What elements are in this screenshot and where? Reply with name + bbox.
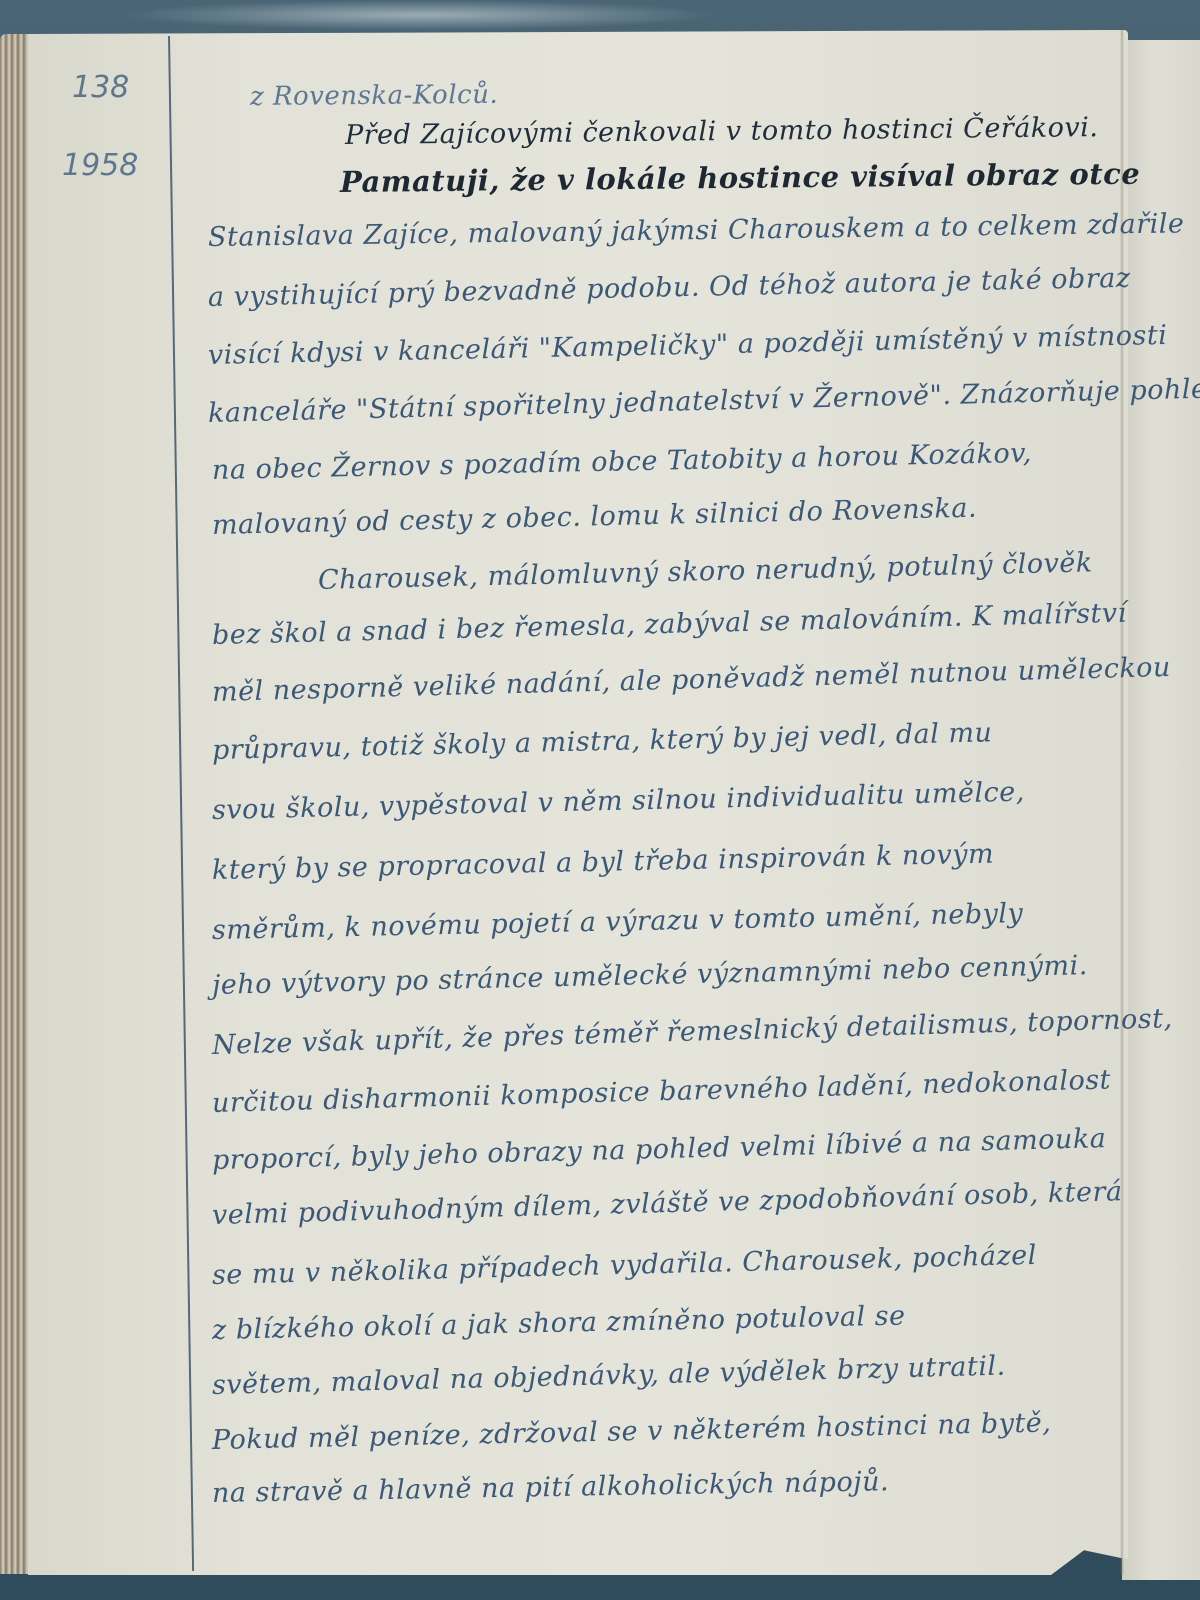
text-line: Pokud měl peníze, zdržoval se v některém… <box>212 1407 1052 1456</box>
handwritten-text: z Rovenska-Kolců. Před Zajícovými čenkov… <box>0 0 1200 1600</box>
text-line: z blízkého okolí a jak shora zmíněno pot… <box>212 1300 906 1346</box>
text-line: visící kdysi v kanceláři "Kampeličky" a … <box>208 320 1168 371</box>
text-line: na stravě a hlavně na pití alkoholických… <box>212 1466 890 1509</box>
section-heading: z Rovenska-Kolců. <box>250 80 498 112</box>
text-line: měl nesporně veliké nadání, ale poněvadž… <box>212 652 1172 708</box>
text-line: kanceláře "Státní spořitelny jednatelstv… <box>208 373 1200 429</box>
text-line: Nelze však upřít, že přes téměř řemeslni… <box>212 1003 1173 1061</box>
text-line: Před Zajícovými čenkovali v tomto hostin… <box>345 112 1099 151</box>
text-line: velmi podivuhodným dílem, zvláště ve zpo… <box>212 1176 1123 1231</box>
text-line: proporcí, byly jeho obrazy na pohled vel… <box>212 1123 1107 1176</box>
text-line: bez škol a snad i bez řemesla, zabýval s… <box>212 598 1127 651</box>
text-line: jeho výtvory po stránce umělecké významn… <box>212 950 1088 1001</box>
text-line: světem, maloval na objednávky, ale výděl… <box>212 1351 1006 1401</box>
text-line: který by se propracoval a byl třeba insp… <box>212 839 995 886</box>
text-line: se mu v několika případech vydařila. Cha… <box>212 1240 1038 1291</box>
text-line: malovaný od cesty z obec. lomu k silnici… <box>212 493 978 541</box>
text-line: svou školu, vypěstoval v něm silnou indi… <box>212 777 1025 826</box>
text-line: směrům, k novému pojetí a výrazu v tomto… <box>212 898 1024 946</box>
text-line: na obec Žernov s pozadím obce Tatobity a… <box>212 438 1032 486</box>
text-line: průpravu, totiž školy a mistra, který by… <box>212 717 993 766</box>
text-line: Stanislava Zajíce, malovaný jakýmsi Char… <box>208 208 1185 253</box>
text-line: Charousek, málomluvný skoro nerudný, pot… <box>318 547 1093 596</box>
text-line: určitou disharmonii komposice barevného … <box>212 1064 1112 1119</box>
text-line: a vystihující prý bezvadně podobu. Od té… <box>208 263 1131 313</box>
text-line: Pamatuji, že v lokále hostince visíval o… <box>340 157 1141 199</box>
